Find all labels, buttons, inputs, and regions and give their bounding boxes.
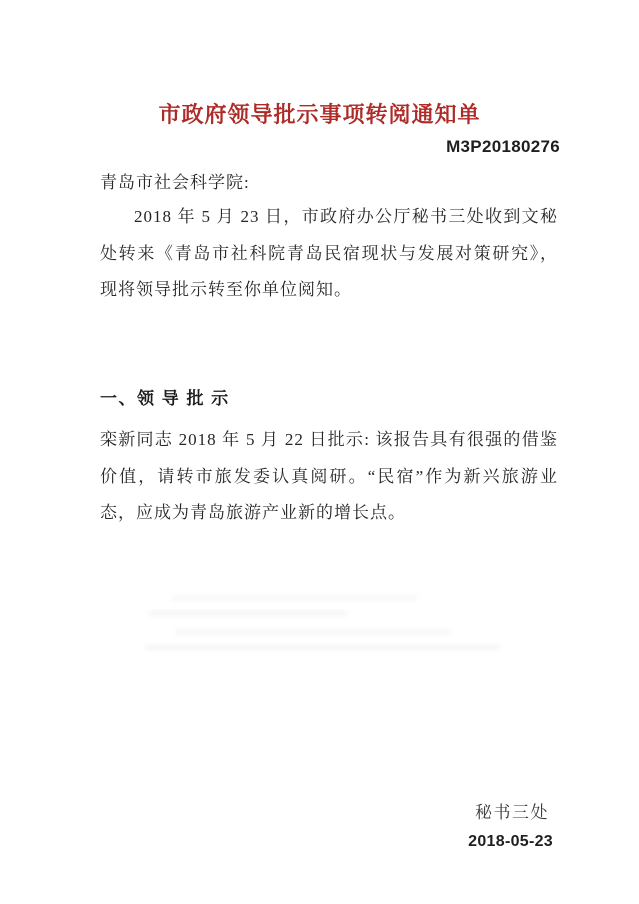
signature-block: 秘书三处 2018-05-23 — [413, 798, 553, 851]
intro-paragraph: 2018 年 5 月 23 日，市政府办公厅秘书三处收到文秘处转来《青岛市社科院… — [100, 199, 558, 309]
faded-ink-artifact — [148, 611, 348, 616]
leader-instruction-paragraph: 栾新同志 2018 年 5 月 22 日批示: 该报告具有很强的借鉴价值，请转市… — [100, 422, 558, 532]
section-heading-leader-instructions: 一、领 导 批 示 — [100, 384, 558, 409]
document-title: 市政府领导批示事项转阅通知单 — [0, 98, 639, 129]
recipient-line: 青岛市社会科学院: — [100, 168, 558, 193]
faded-ink-artifact — [175, 630, 450, 634]
document-page: 市政府领导批示事项转阅通知单 M3P20180276 青岛市社会科学院: 201… — [0, 0, 639, 904]
faded-ink-artifact — [172, 596, 417, 600]
document-number: M3P20180276 — [446, 137, 560, 157]
faded-ink-artifact — [145, 645, 500, 650]
signature-department: 秘书三处 — [413, 798, 553, 823]
signature-date: 2018-05-23 — [413, 833, 553, 851]
